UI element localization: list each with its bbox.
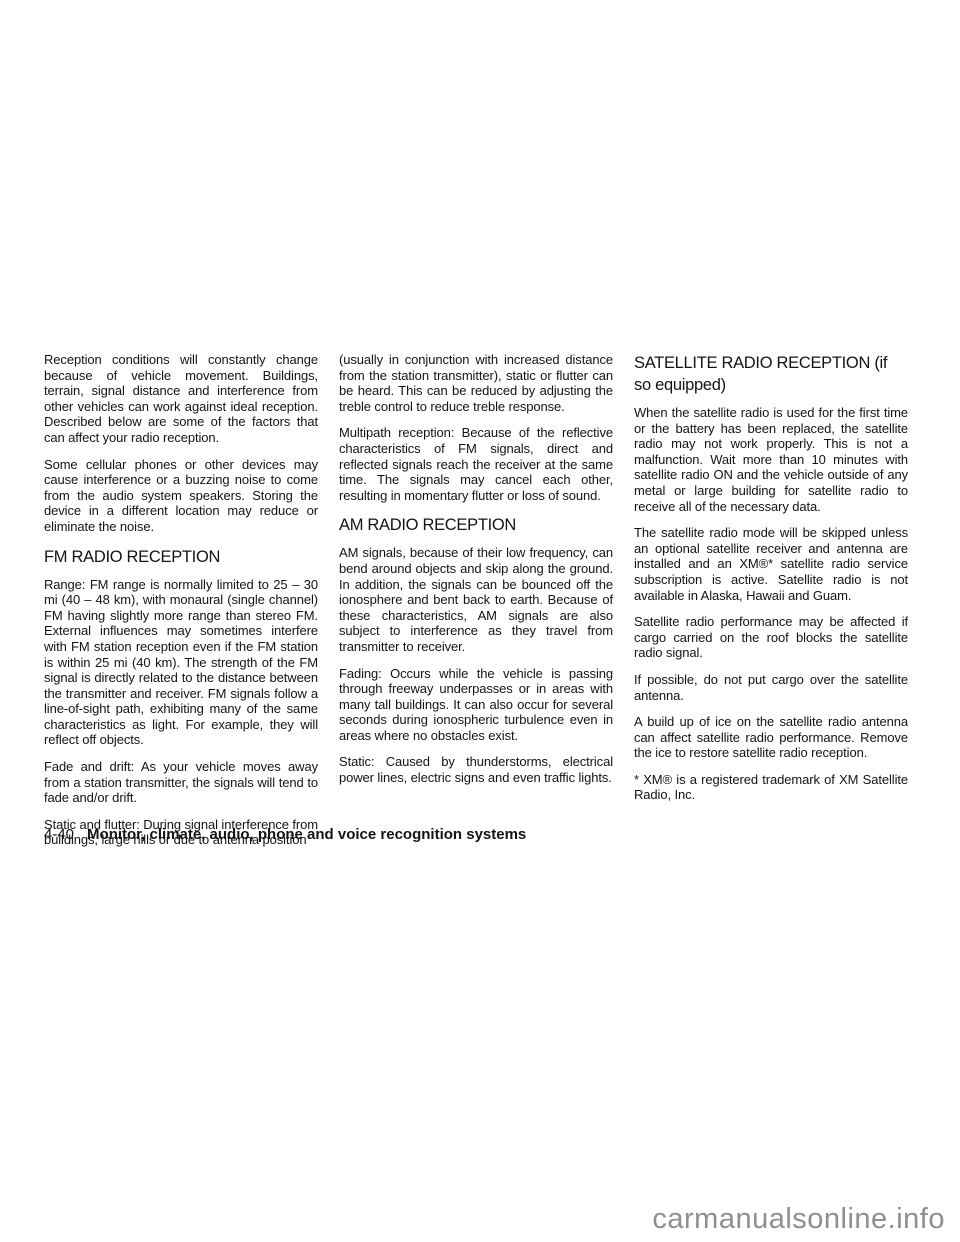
paragraph-satellite-mode-skipped: The satellite radio mode will be skipped… bbox=[634, 525, 908, 603]
heading-fm-radio-reception: FM RADIO RECEPTION bbox=[44, 546, 318, 568]
heading-satellite-radio-reception: SATELLITE RADIO RECEPTION (if so equippe… bbox=[634, 352, 908, 396]
paragraph-satellite-ice: A build up of ice on the satellite radio… bbox=[634, 714, 908, 761]
manual-page: Reception conditions will constantly cha… bbox=[0, 0, 960, 1242]
paragraph-fm-range: Range: FM range is normally limited to 2… bbox=[44, 577, 318, 749]
paragraph-static: Static: Caused by thunderstorms, electri… bbox=[339, 754, 613, 785]
paragraph-satellite-cargo-antenna: If possible, do not put cargo over the s… bbox=[634, 672, 908, 703]
paragraph-fade-and-drift: Fade and drift: As your vehicle moves aw… bbox=[44, 759, 318, 806]
page-footer: 4-40Monitor, climate, audio, phone and v… bbox=[44, 826, 526, 843]
column-right: SATELLITE RADIO RECEPTION (if so equippe… bbox=[634, 352, 908, 859]
page-number: 4-40 bbox=[44, 826, 74, 843]
paragraph-am-signals: AM signals, because of their low frequen… bbox=[339, 545, 613, 654]
paragraph-reception-conditions: Reception conditions will constantly cha… bbox=[44, 352, 318, 446]
column-left: Reception conditions will constantly cha… bbox=[44, 352, 318, 859]
watermark-text: carmanualsonline.info bbox=[652, 1203, 945, 1236]
footer-section-title: Monitor, climate, audio, phone and voice… bbox=[87, 826, 526, 843]
heading-am-radio-reception: AM RADIO RECEPTION bbox=[339, 514, 613, 536]
paragraph-static-flutter-continued: (usually in conjunction with increased d… bbox=[339, 352, 613, 414]
paragraph-xm-trademark-footnote: * XM® is a registered trademark of XM Sa… bbox=[634, 772, 908, 803]
paragraph-cellular-interference: Some cellular phones or other devices ma… bbox=[44, 457, 318, 535]
paragraph-satellite-first-time: When the satellite radio is used for the… bbox=[634, 405, 908, 514]
paragraph-multipath-reception: Multipath reception: Because of the refl… bbox=[339, 425, 613, 503]
column-middle: (usually in conjunction with increased d… bbox=[339, 352, 613, 859]
paragraph-fading: Fading: Occurs while the vehicle is pass… bbox=[339, 666, 613, 744]
page-content: Reception conditions will constantly cha… bbox=[44, 352, 908, 859]
paragraph-satellite-cargo-roof: Satellite radio performance may be affec… bbox=[634, 614, 908, 661]
